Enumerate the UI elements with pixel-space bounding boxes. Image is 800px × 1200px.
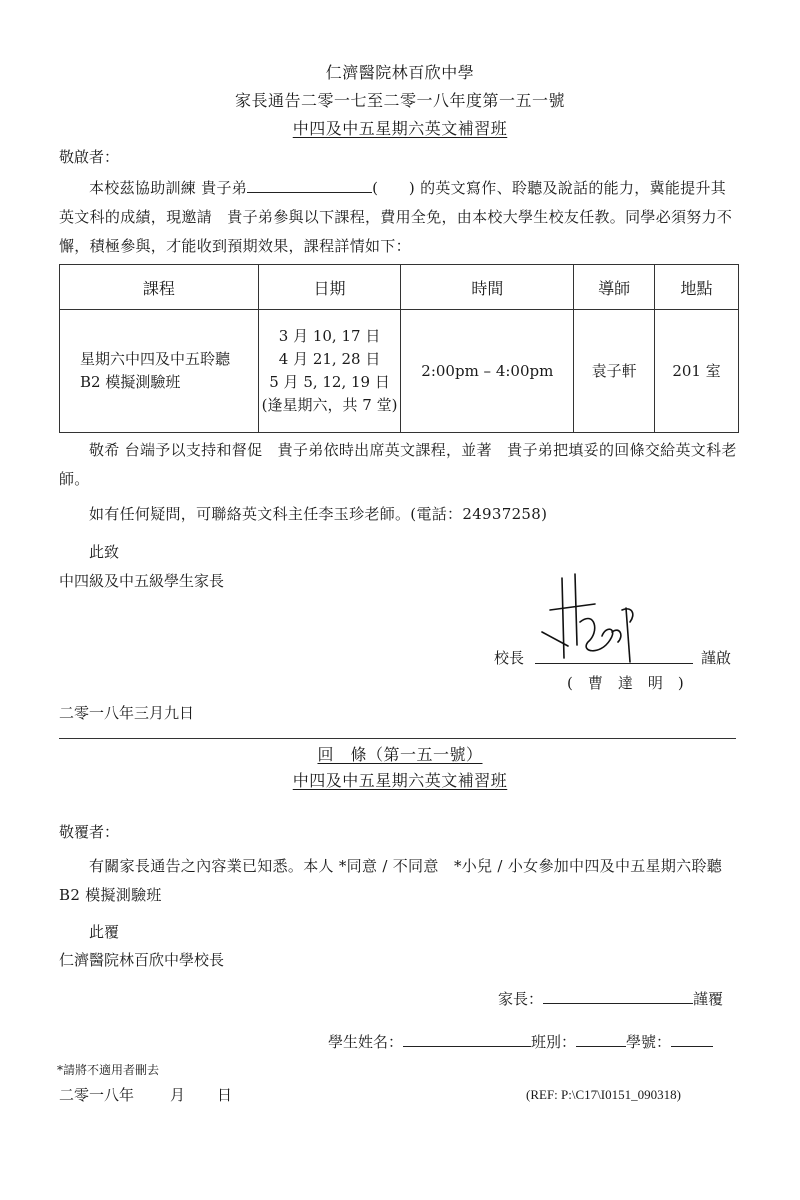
student-no-label: 學號： [626, 1033, 671, 1051]
cell-course: 星期六中四及中五聆聽 B2 模擬測驗班 [60, 310, 259, 433]
reply-addressee: 仁濟醫院林百欣中學校長 [59, 949, 224, 970]
date-line: 3 月 10, 17 日 [260, 325, 400, 348]
respectfully: 謹啟 [701, 647, 731, 668]
contact-paragraph: 如有任何疑問，可聯絡英文科主任李玉珍老師。(電話：24937258) [59, 500, 739, 529]
student-name-blank[interactable] [247, 178, 372, 193]
principal-label: 校長 [494, 647, 524, 668]
date-note: (逢星期六，共 7 堂) [260, 394, 400, 417]
salutation: 敬啟者： [59, 146, 119, 167]
reply-slip-subtitle: 中四及中五星期六英文補習班 [0, 768, 800, 791]
parent-signature-field[interactable] [543, 989, 693, 1004]
reply-slip-divider [59, 738, 736, 739]
student-name-label: 學生姓名： [328, 1033, 403, 1051]
date-line: 5 月 5, 12, 19 日 [260, 371, 400, 394]
header-course: 課程 [60, 265, 259, 310]
notice-date: 二零一八年三月九日 [59, 702, 194, 723]
student-info-row: 學生姓名：班別：學號： [328, 1031, 713, 1052]
class-label: 班別： [531, 1033, 576, 1051]
reply-salutation: 敬覆者： [59, 821, 119, 842]
reference-code: (REF: P:\C17\I0151_090318) [526, 1087, 681, 1103]
principal-name: ( 曹 達 明 ) [567, 672, 684, 693]
schedule-table: 課程 日期 時間 導師 地點 星期六中四及中五聆聽 B2 模擬測驗班 3 月 1… [59, 264, 739, 433]
student-name-field[interactable] [403, 1032, 531, 1047]
footnote: *請將不適用者刪去 [57, 1061, 159, 1078]
closing: 此致 [89, 541, 119, 562]
signature-line [535, 663, 693, 664]
cell-time: 2:00pm – 4:00pm [401, 310, 574, 433]
reply-date-year: 二零一八年 [59, 1084, 134, 1105]
course-line-1: 星期六中四及中五聆聽 [80, 348, 257, 371]
header-time: 時間 [401, 265, 574, 310]
school-name: 仁濟醫院林百欣中學 [0, 60, 800, 83]
addressee: 中四級及中五級學生家長 [59, 570, 224, 591]
principal-signature-icon [540, 570, 660, 665]
cell-dates: 3 月 10, 17 日 4 月 21, 28 日 5 月 5, 12, 19 … [258, 310, 401, 433]
notice-number: 家長通告二零一七至二零一八年度第一五一號 [0, 88, 800, 111]
reply-closing: 此覆 [89, 921, 119, 942]
class-field[interactable] [576, 1032, 626, 1047]
reply-date-month[interactable]: 月 [170, 1084, 185, 1105]
parent-signature-row: 家長：謹覆 [498, 988, 723, 1009]
intro-paragraph: 本校茲協助訓練 貴子弟( ) 的英文寫作、聆聽及說話的能力，冀能提升其英文科的成… [59, 174, 739, 261]
student-no-field[interactable] [671, 1032, 713, 1047]
header-venue: 地點 [655, 265, 739, 310]
cell-tutor: 袁子軒 [574, 310, 655, 433]
header-date: 日期 [258, 265, 401, 310]
reply-date-day[interactable]: 日 [217, 1084, 232, 1105]
support-paragraph: 敬希 台端予以支持和督促 貴子弟依時出席英文課程，並著 貴子弟把填妥的回條交給英… [59, 436, 739, 494]
date-line: 4 月 21, 28 日 [260, 348, 400, 371]
header-tutor: 導師 [574, 265, 655, 310]
intro-paren: ( ) [372, 179, 415, 197]
support-text: 敬希 台端予以支持和督促 貴子弟依時出席英文課程，並著 貴子弟把填妥的回條交給英… [59, 441, 737, 488]
parent-label: 家長： [498, 990, 543, 1008]
parent-suffix: 謹覆 [693, 990, 723, 1008]
reply-body-text[interactable]: 有關家長通告之內容業已知悉。本人 *同意 / 不同意 *小兒 / 小女參加中四及… [59, 857, 722, 904]
table-row: 星期六中四及中五聆聽 B2 模擬測驗班 3 月 10, 17 日 4 月 21,… [60, 310, 739, 433]
reply-slip-title: 回 條（第一五一號） [0, 742, 800, 765]
contact-text: 如有任何疑問，可聯絡英文科主任李玉珍老師。(電話：24937258) [89, 505, 547, 523]
notice-subject: 中四及中五星期六英文補習班 [0, 116, 800, 139]
intro-text-a: 本校茲協助訓練 貴子弟 [89, 179, 247, 197]
cell-venue: 201 室 [655, 310, 739, 433]
table-header-row: 課程 日期 時間 導師 地點 [60, 265, 739, 310]
course-line-2: B2 模擬測驗班 [80, 371, 257, 394]
reply-body: 有關家長通告之內容業已知悉。本人 *同意 / 不同意 *小兒 / 小女參加中四及… [59, 852, 739, 910]
